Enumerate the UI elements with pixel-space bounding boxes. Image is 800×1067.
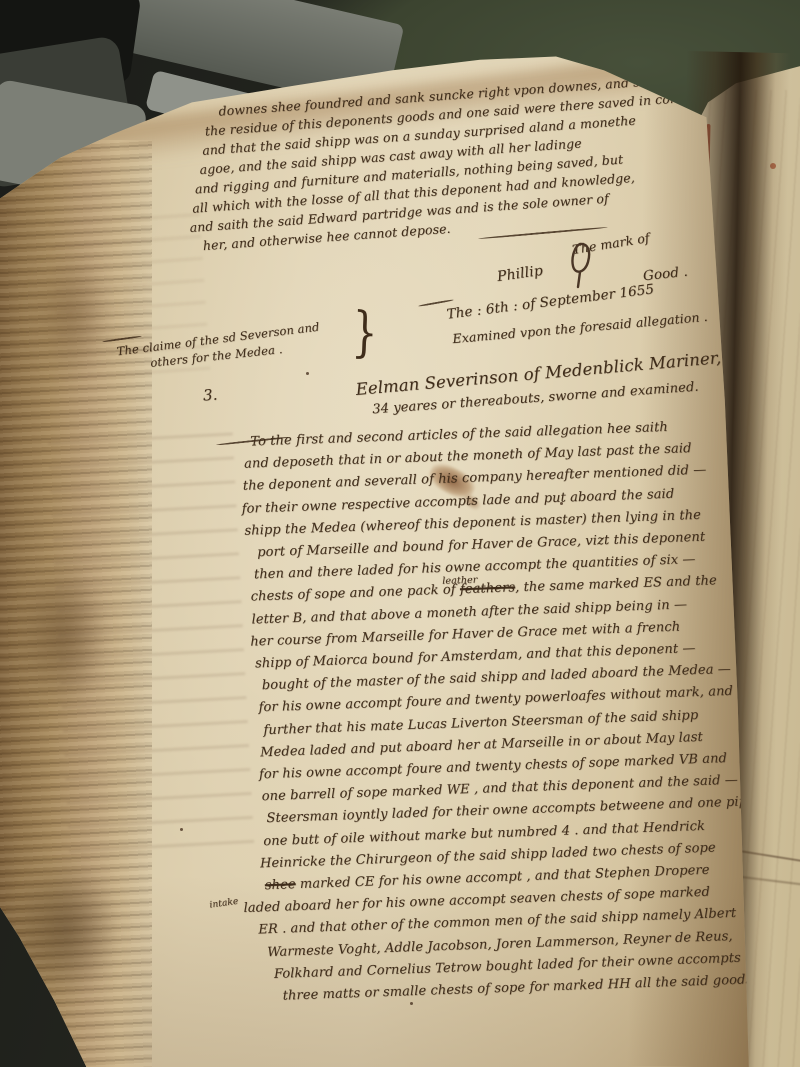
interlined-word: leather xyxy=(442,570,478,593)
deponent-mark xyxy=(565,241,595,289)
ink-speck xyxy=(180,828,183,831)
edge-stain xyxy=(10,860,120,1000)
margin-insert-word: intake xyxy=(208,891,240,917)
margin-brace: } xyxy=(351,301,379,365)
deposition-number: 3. xyxy=(202,386,218,405)
struck-word: shee xyxy=(265,877,296,893)
ink-bleedthrough xyxy=(47,413,254,852)
manuscript-page: downes shee foundred and sank suncke rig… xyxy=(0,0,800,1067)
deposition-body: To the first and second articles of the … xyxy=(235,414,775,1009)
line-text: , the same marked ES and the xyxy=(515,574,717,596)
manuscript-photo: downes shee foundred and sank suncke rig… xyxy=(0,0,800,1067)
ink-speck xyxy=(306,372,309,375)
line-text: chests of sope and one pack of xyxy=(251,583,461,605)
